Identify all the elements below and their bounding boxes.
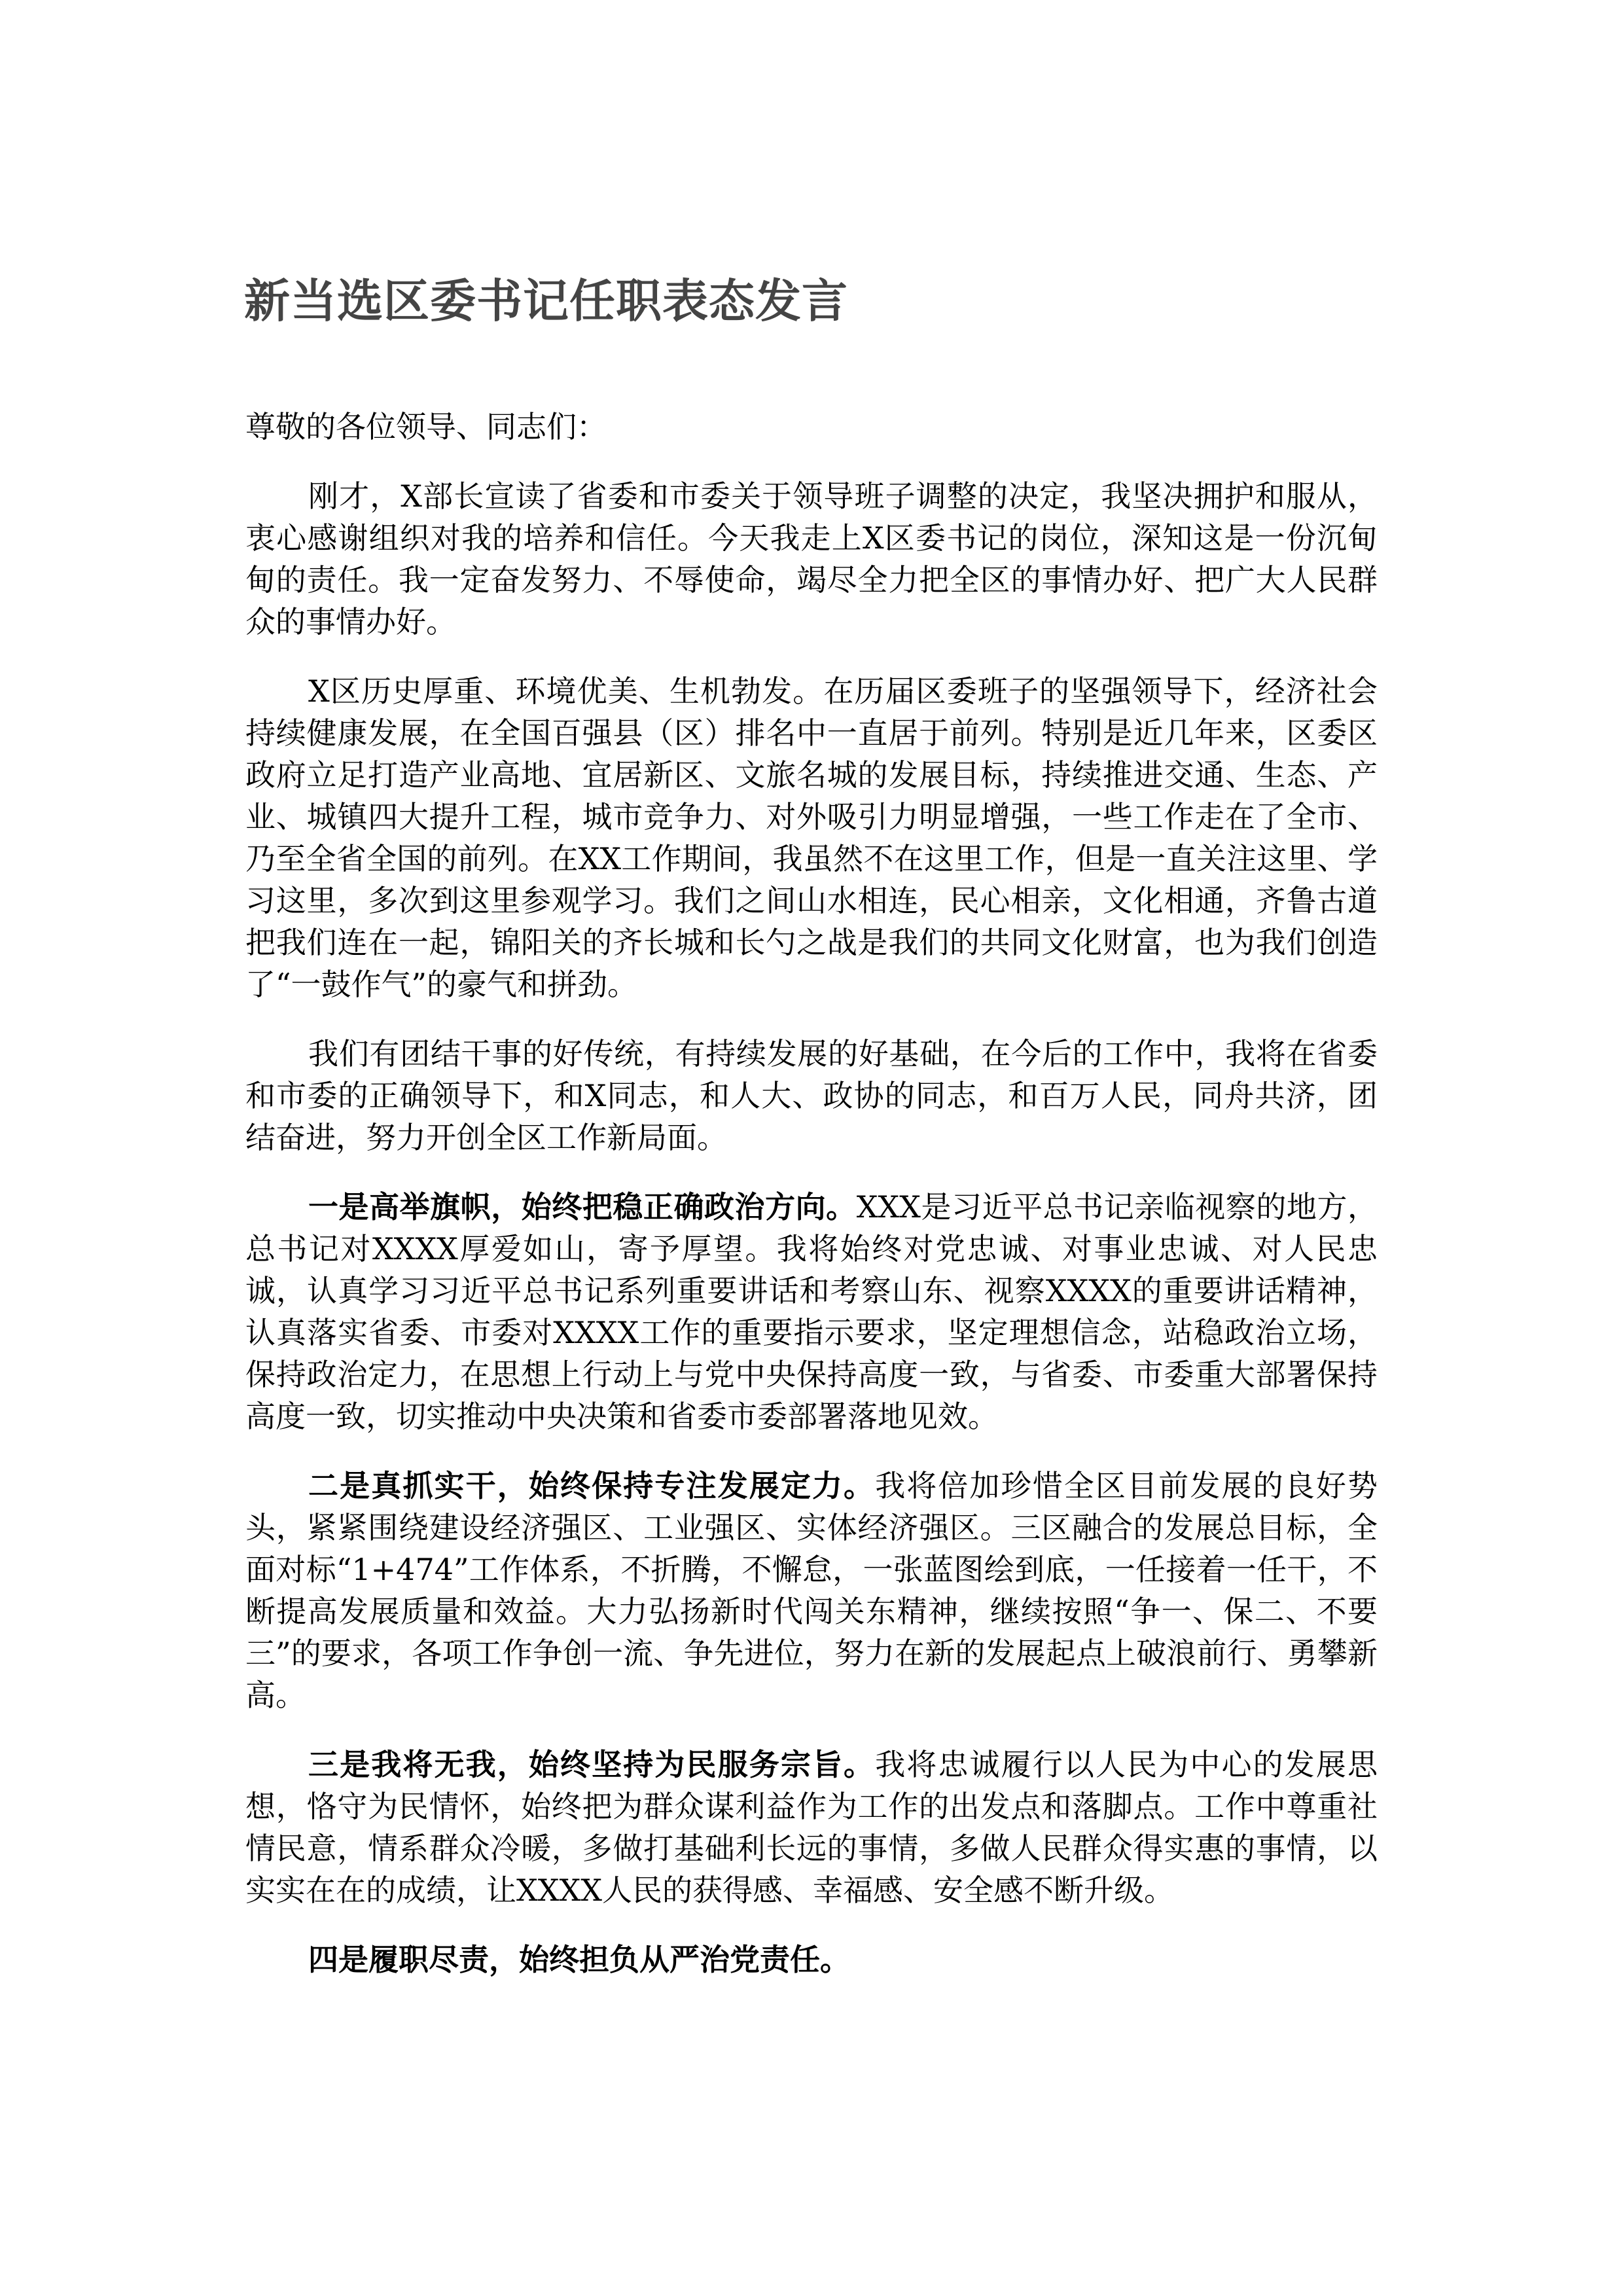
paragraph-point-1: 一是高举旗帜，始终把稳正确政治方向。XXX是习近平总书记亲临视察的地方，总书记对… — [245, 1186, 1378, 1437]
paragraph-1: 刚才，X部长宣读了省委和市委关于领导班子调整的决定，我坚决拥护和服从，衷心感谢组… — [245, 475, 1378, 643]
paragraph-text: X区历史厚重、环境优美、生机勃发。在历届区委班子的坚强领导下，经济社会持续健康发… — [245, 673, 1378, 1002]
paragraph-point-3: 三是我将无我，始终坚持为民服务宗旨。我将忠诚履行以人民为中心的发展思想，恪守为民… — [245, 1744, 1378, 1911]
paragraph-lead: 三是我将无我，始终坚持为民服务宗旨。 — [308, 1747, 875, 1782]
paragraph-lead: 四是履职尽责，始终担负从严治党责任。 — [308, 1942, 850, 1977]
paragraph-text: 刚才，X部长宣读了省委和市委关于领导班子调整的决定，我坚决拥护和服从，衷心感谢组… — [245, 478, 1378, 639]
salutation: 尊敬的各位领导、同志们： — [245, 406, 1378, 448]
paragraph-text: XXX是习近平总书记亲临视察的地方，总书记对XXXX厚爱如山，寄予厚望。我将始终… — [245, 1189, 1378, 1434]
document-page: 新当选区委书记任职表态发言 尊敬的各位领导、同志们： 刚才，X部长宣读了省委和市… — [245, 268, 1378, 2008]
paragraph-text: 我将倍加珍惜全区目前发展的良好势头，紧紧围绕建设经济强区、工业强区、实体经济强区… — [245, 1468, 1378, 1713]
paragraph-lead: 一是高举旗帜，始终把稳正确政治方向。 — [308, 1189, 857, 1225]
paragraph-point-2: 二是真抓实干，始终保持专注发展定力。我将倍加珍惜全区目前发展的良好势头，紧紧围绕… — [245, 1465, 1378, 1716]
paragraph-2: X区历史厚重、环境优美、生机勃发。在历届区委班子的坚强领导下，经济社会持续健康发… — [245, 670, 1378, 1005]
paragraph-point-4: 四是履职尽责，始终担负从严治党责任。 — [245, 1939, 1378, 1981]
paragraph-3: 我们有团结干事的好传统，有持续发展的好基础，在今后的工作中，我将在省委和市委的正… — [245, 1033, 1378, 1158]
paragraph-text: 我们有团结干事的好传统，有持续发展的好基础，在今后的工作中，我将在省委和市委的正… — [245, 1036, 1378, 1155]
paragraph-lead: 二是真抓实干，始终保持专注发展定力。 — [308, 1468, 875, 1503]
document-title: 新当选区委书记任职表态发言 — [244, 268, 1378, 334]
